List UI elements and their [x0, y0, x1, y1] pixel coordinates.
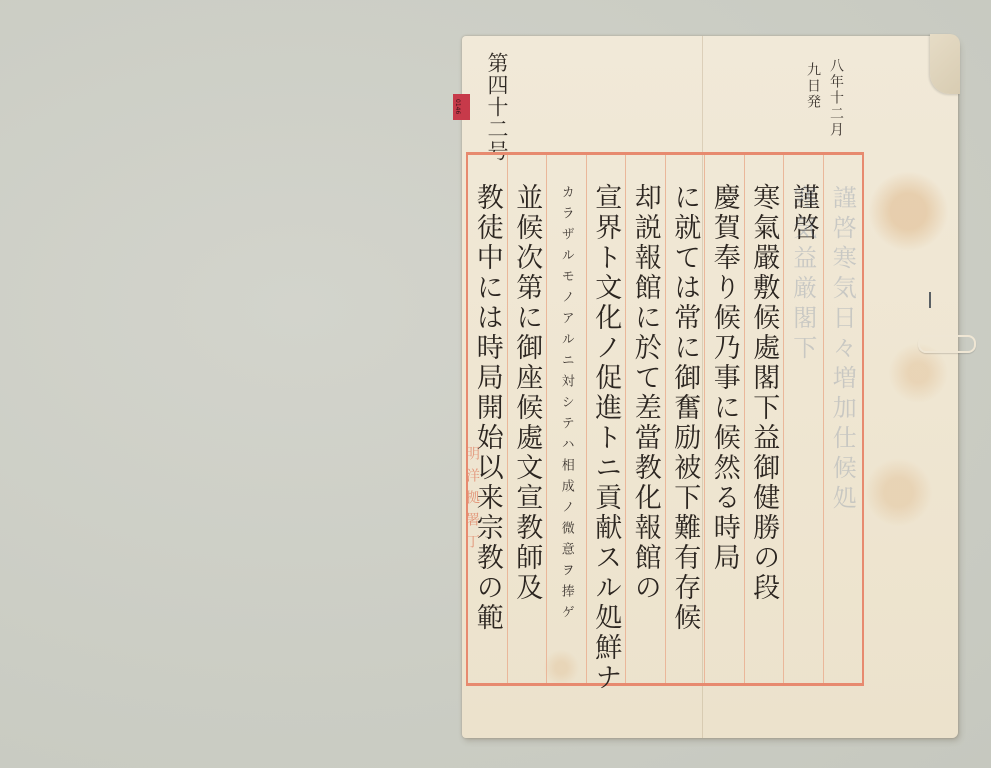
file-number: 第四十二号 — [482, 52, 512, 162]
date-note-line-1: 八年十二月 — [826, 58, 846, 138]
column-text: に就ては常に御奮励被下難有存候 — [666, 155, 703, 683]
column-text: 宣界ト文化ノ促進トニ貢献スル処鮮ナ — [587, 155, 624, 683]
ruled-writing-grid: 謹啓寒気日々増加仕候処 寒気益厳閣下 謹啓 寒氣嚴敷候處閣下益御健勝の段 慶賀奉… — [466, 152, 864, 686]
column: 慶賀奉り候乃事に候然る時局 — [704, 155, 744, 683]
column: 並候次第に御座候處文宣教師及 — [507, 155, 547, 683]
column-text: 並候次第に御座候處文宣教師及 — [508, 155, 545, 683]
column-text: 寒氣嚴敷候處閣下益御健勝の段 — [745, 155, 782, 683]
column: に就ては常に御奮励被下難有存候 — [665, 155, 705, 683]
column-text: 慶賀奉り候乃事に候然る時局 — [706, 155, 743, 683]
page-corner-curl — [930, 34, 960, 94]
column: 謹啓寒気日々増加仕候処 — [823, 155, 863, 683]
column: 教徒中には時局開始以来宗教の範 — [468, 155, 507, 683]
bleed-through-text: 寒気益厳閣下 — [786, 185, 821, 365]
column: カラザルモノアルニ対シテハ相成ノ微意ヲ捧ゲ — [546, 155, 586, 683]
pencil-mark — [929, 292, 931, 308]
column: 寒気益厳閣下 謹啓 — [783, 155, 823, 683]
binding-string — [918, 335, 976, 353]
column: 寒氣嚴敷候處閣下益御健勝の段 — [744, 155, 784, 683]
column: 却説報館に於て差當教化報館の — [625, 155, 665, 683]
bleed-through-text: 謹啓寒気日々増加仕候処 — [825, 185, 860, 515]
column: 宣界ト文化ノ促進トニ貢献スル処鮮ナ — [586, 155, 626, 683]
column-text: 却説報館に於て差當教化報館の — [627, 155, 664, 683]
date-note-line-2: 九日発 — [803, 62, 823, 110]
catalog-tab: 0146 — [453, 94, 470, 120]
column-text: 教徒中には時局開始以来宗教の範 — [469, 155, 506, 683]
column-text-small: カラザルモノアルニ対シテハ相成ノ微意ヲ捧ゲ — [548, 155, 585, 683]
